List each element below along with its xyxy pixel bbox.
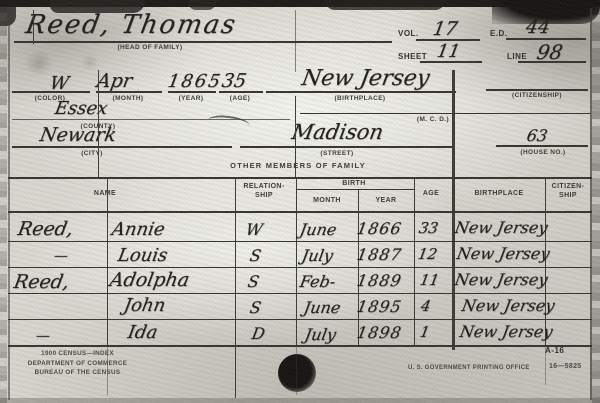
card-right-border (590, 8, 592, 400)
scan-edge-bottom (0, 398, 600, 403)
stamp-line: BUREAU OF THE CENSUS (10, 368, 145, 378)
member-surname: Reed, (12, 271, 71, 293)
col-header-name: NAME (94, 190, 116, 197)
card-left-border (8, 8, 10, 400)
table-header-line (8, 211, 592, 213)
ed-value: 44 (524, 16, 552, 38)
member-age: 12 (416, 245, 438, 263)
table-row-line (8, 319, 592, 320)
sheet-value: 11 (435, 41, 462, 62)
gpo-imprint: U. S. GOVERNMENT PRINTING OFFICE (408, 364, 530, 374)
member-relationship: W (244, 220, 264, 239)
birth-sub-line (296, 189, 414, 190)
birth-year-value: 1865 (166, 71, 224, 92)
house-no-value: 63 (525, 126, 549, 145)
rule-line (168, 91, 216, 93)
street-value: Madison (290, 120, 385, 144)
member-birth-year: 1887 (355, 245, 403, 264)
member-given-name: Louis (116, 245, 169, 266)
table-vline (235, 177, 236, 398)
col-header-citizenship: SHIP (559, 192, 577, 199)
stray-pen-mark (207, 114, 250, 132)
house-no-label: (HOUSE NO.) (520, 149, 565, 156)
form-number: A-16 (545, 346, 564, 355)
rule-line (12, 91, 90, 93)
col-header-month: MONTH (313, 197, 341, 204)
hole-punch (278, 354, 316, 392)
member-birthplace: New Jersey (458, 322, 554, 341)
rule-line (96, 91, 162, 93)
rule-line (266, 91, 456, 93)
birth-month-value: Apr (95, 70, 134, 92)
rule-line (518, 61, 586, 63)
birth-month-label: (MONTH) (113, 95, 144, 102)
table-top-line (8, 177, 592, 179)
street-label: (STREET) (320, 150, 353, 157)
rule-line (420, 61, 482, 63)
col-header-relationship: RELATION- (243, 183, 284, 190)
table-vline-ext (296, 345, 297, 395)
grid-vline-bold (452, 70, 455, 350)
member-surname: — (53, 248, 70, 264)
rule-line (496, 145, 588, 147)
member-relationship: D (250, 324, 266, 343)
sheet-label: SHEET (398, 52, 427, 61)
table-vline (358, 189, 359, 345)
rule-line (219, 91, 263, 93)
head-of-family-label: (HEAD OF FAMILY) (117, 44, 182, 51)
member-given-name: Annie (110, 219, 166, 240)
table-vline (107, 177, 108, 347)
member-age: 33 (417, 219, 439, 237)
member-given-name: Ida (126, 322, 159, 343)
stamp-line: 1900 CENSUS—INDEX (10, 349, 145, 359)
table-vline (414, 177, 415, 345)
family-table-title: OTHER MEMBERS OF FAMILY (230, 161, 366, 170)
table-row-line (8, 241, 592, 242)
age-value: 35 (220, 70, 248, 92)
member-birth-year: 1866 (355, 219, 403, 238)
grid-vline (295, 10, 296, 72)
member-birth-month: June (302, 298, 342, 317)
county-value: Essex (53, 98, 109, 119)
rule-line (240, 146, 454, 148)
head-of-family-name: Reed, Thomas (23, 10, 239, 40)
member-birth-month: July (303, 325, 337, 344)
vol-value: 17 (431, 18, 459, 40)
col-header-year: YEAR (375, 197, 396, 204)
member-birth-year: 1898 (355, 323, 403, 342)
scan-edge-left (0, 7, 7, 403)
rule-line (486, 89, 588, 91)
age-label: (AGE) (230, 95, 250, 102)
grid-vline (98, 70, 99, 178)
table-row-line (8, 267, 592, 268)
birthplace-value: New Jersey (300, 66, 432, 91)
census-index-card: Reed, Thomas (HEAD OF FAMILY) VOL. 17 E.… (0, 0, 600, 403)
birth-year-label: (YEAR) (179, 95, 204, 102)
mcd-label: (M. C. D.) (417, 116, 449, 123)
smudge (24, 50, 54, 76)
vol-label: VOL. (398, 29, 419, 38)
member-relationship: S (248, 298, 262, 317)
member-age: 1 (418, 323, 431, 341)
scan-edge-top-patch (188, 0, 216, 10)
col-header-birthplace: BIRTHPLACE (474, 190, 523, 197)
member-birthplace: New Jersey (455, 244, 551, 263)
city-label: (CITY) (81, 150, 103, 157)
member-age: 11 (418, 271, 440, 289)
agency-stamp: 1900 CENSUS—INDEX DEPARTMENT OF COMMERCE… (10, 349, 145, 378)
member-birth-month: Feb- (298, 272, 337, 291)
rule-line (12, 146, 232, 148)
line-label: LINE (507, 52, 527, 61)
member-age: 4 (419, 297, 432, 315)
member-birthplace: New Jersey (453, 218, 549, 237)
member-birthplace: New Jersey (460, 296, 556, 315)
rule-line (300, 113, 590, 114)
member-surname: Reed, (16, 218, 75, 240)
ed-label: E.D. (490, 29, 508, 38)
citizenship-label: (CITIZENSHIP) (512, 92, 562, 99)
member-given-name: John (122, 295, 167, 316)
member-surname: — (35, 328, 52, 344)
rule-line (14, 41, 392, 43)
stamp-line: DEPARTMENT OF COMMERCE (10, 359, 145, 369)
table-bottom-line (8, 345, 592, 347)
rule-line (12, 119, 290, 120)
birthplace-label: (BIRTHPLACE) (334, 95, 385, 102)
member-birth-month: July (300, 246, 334, 265)
member-given-name: Adolpha (108, 269, 191, 291)
table-row-line (8, 293, 592, 294)
member-birth-month: June (298, 220, 338, 239)
member-birthplace: New Jersey (453, 270, 549, 289)
scan-edge-right (592, 7, 600, 403)
col-header-citizenship: CITIZEN- (552, 183, 585, 190)
member-relationship: S (246, 272, 260, 291)
member-relationship: S (248, 246, 262, 265)
col-header-age: AGE (423, 190, 439, 197)
print-code: 16—5825 (549, 362, 581, 372)
smudge (80, 54, 100, 70)
scan-edge-top-patch (325, 0, 445, 10)
table-vline (296, 177, 297, 345)
member-birth-year: 1889 (355, 271, 403, 290)
col-header-relationship: SHIP (255, 192, 273, 199)
member-birth-year: 1895 (355, 297, 403, 316)
grid-vline (33, 10, 34, 44)
city-value: Newark (38, 124, 118, 146)
col-header-birth: BIRTH (342, 180, 365, 187)
